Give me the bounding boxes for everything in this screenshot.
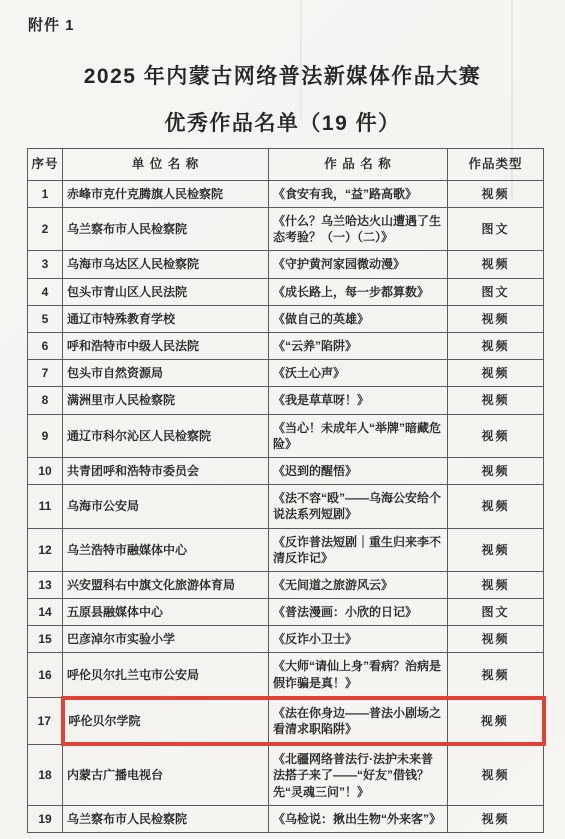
cell-work-title: 《无间道之旅游风云》 [269,571,448,598]
cell-work-title: 《大师“请仙上身”看病？治病是假诈骗是真！》 [269,653,448,698]
cell-work-type: 视频 [448,333,544,360]
cell-work-type: 视频 [448,414,544,457]
table-row: 19 乌兰察布市人民检察院 《乌检说：揪出生物“外来客”》 视频 [28,805,544,832]
table-row: 18 内蒙古广播电视台 《北疆网络普法行·法护未来普法搭子来了——“好友”借钱？… [28,744,544,805]
cell-work-title: 《普法漫画：小欣的日记》 [269,599,448,626]
cell-work-title: 《乌检说：揪出生物“外来客”》 [269,805,448,832]
cell-work-title: 《食安有我，“益”路高歌》 [269,180,448,207]
table-row: 11 乌海市公安局 《法不容“殴”——乌海公安给个说法系列短剧》 视频 [28,485,544,528]
cell-index: 4 [28,278,63,305]
cell-index: 15 [28,626,63,653]
cell-unit-name: 呼伦贝尔学院 [63,698,269,744]
cell-unit-name: 兴安盟科右中旗文化旅游体育局 [63,571,269,598]
cell-index: 11 [28,485,63,528]
cell-index: 17 [28,698,63,744]
table-row: 7 包头市自然资源局 《沃土心声》 视频 [28,360,544,387]
cell-work-type: 图文 [448,208,544,251]
table-row: 3 乌海市乌达区人民检察院 《守护黄河家园微动漫》 视频 [28,251,544,278]
header-index: 序号 [28,149,63,181]
cell-unit-name: 乌海市乌达区人民检察院 [63,251,269,278]
header-work-type: 作品类型 [448,149,544,181]
cell-work-type: 视频 [448,180,544,207]
cell-index: 12 [28,528,63,571]
cell-unit-name: 包头市自然资源局 [63,360,269,387]
cell-unit-name: 乌兰察布市人民检察院 [63,208,269,251]
cell-unit-name: 呼和浩特市中级人民法院 [63,333,269,360]
table-row: 6 呼和浩特市中级人民法院 《“云养”陷阱》 视频 [28,333,544,360]
cell-index: 2 [28,208,63,251]
cell-unit-name: 乌兰浩特市融媒体中心 [63,528,269,571]
cell-work-title: 《迟到的醒悟》 [269,457,448,484]
cell-work-type: 图文 [448,278,544,305]
cell-work-type: 视频 [448,305,544,332]
document-title: 2025 年内蒙古网络普法新媒体作品大赛 [0,60,565,90]
table-row: 1 赤峰市克什克腾旗人民检察院 《食安有我，“益”路高歌》 视频 [28,180,544,207]
cell-index: 1 [28,180,63,207]
cell-unit-name: 赤峰市克什克腾旗人民检察院 [63,180,269,207]
cell-work-title: 《我是草草呀！》 [269,387,448,414]
cell-work-title: 《“云养”陷阱》 [269,333,448,360]
cell-work-type: 视频 [448,653,544,698]
cell-index: 14 [28,599,63,626]
cell-work-type: 视频 [448,528,544,571]
cell-unit-name: 五原县融媒体中心 [63,599,269,626]
cell-unit-name: 乌海市公安局 [63,485,269,528]
cell-work-title: 《成长路上，每一步都算数》 [269,278,448,305]
table-row: 8 满洲里市人民检察院 《我是草草呀！》 视频 [28,387,544,414]
table-row: 4 包头市青山区人民法院 《成长路上，每一步都算数》 图文 [28,278,544,305]
table-row: 16 呼伦贝尔扎兰屯市公安局 《大师“请仙上身”看病？治病是假诈骗是真！》 视频 [28,653,544,698]
awards-table: 序号 单 位 名 称 作 品 名 称 作品类型 1 赤峰市克什克腾旗人民检察院 … [27,148,546,833]
cell-work-title: 《反诈小卫士》 [269,626,448,653]
cell-work-title: 《北疆网络普法行·法护未来普法搭子来了——“好友”借钱？先“灵魂三问”！》 [269,744,448,805]
cell-unit-name: 通辽市特殊教育学校 [63,305,269,332]
scanned-document-page: 附件 1 2025 年内蒙古网络普法新媒体作品大赛 优秀作品名单（19 件） 序… [0,0,565,839]
cell-unit-name: 巴彦淖尔市实验小学 [63,626,269,653]
cell-unit-name: 满洲里市人民检察院 [63,387,269,414]
table-row: 2 乌兰察布市人民检察院 《什么？乌兰哈达火山遭遇了生态考验？（一）（二）》 图… [28,208,544,251]
cell-unit-name: 呼伦贝尔扎兰屯市公安局 [63,653,269,698]
cell-unit-name: 乌兰察布市人民检察院 [63,805,269,832]
cell-index: 7 [28,360,63,387]
cell-unit-name: 通辽市科尔沁区人民检察院 [63,414,269,457]
table-row: 12 乌兰浩特市融媒体中心 《反诈普法短剧｜重生归来李不清反诈记》 视频 [28,528,544,571]
cell-work-type: 视频 [448,698,544,744]
cell-index: 8 [28,387,63,414]
cell-work-title: 《反诈普法短剧｜重生归来李不清反诈记》 [269,528,448,571]
header-unit-name: 单 位 名 称 [63,149,269,181]
cell-index: 16 [28,653,63,698]
cell-work-type: 视频 [448,485,544,528]
cell-work-title: 《什么？乌兰哈达火山遭遇了生态考验？（一）（二）》 [269,208,448,251]
cell-work-title: 《沃土心声》 [269,360,448,387]
cell-work-type: 视频 [448,571,544,598]
table-row: 5 通辽市特殊教育学校 《做自己的英雄》 视频 [28,305,544,332]
cell-work-title: 《守护黄河家园微动漫》 [269,251,448,278]
cell-work-type: 视频 [448,805,544,832]
table-row: 14 五原县融媒体中心 《普法漫画：小欣的日记》 图文 [28,599,544,626]
cell-work-type: 视频 [448,360,544,387]
cell-work-type: 视频 [448,626,544,653]
cell-work-type: 视频 [448,744,544,805]
document-subtitle: 优秀作品名单（19 件） [0,107,565,137]
attachment-label: 附件 1 [28,14,75,35]
cell-index: 5 [28,305,63,332]
cell-work-type: 图文 [448,599,544,626]
table-header-row: 序号 单 位 名 称 作 品 名 称 作品类型 [28,149,544,181]
cell-work-title: 《法不容“殴”——乌海公安给个说法系列短剧》 [269,485,448,528]
cell-work-title: 《做自己的英雄》 [269,305,448,332]
table-row: 10 共青团呼和浩特市委员会 《迟到的醒悟》 视频 [28,457,544,484]
header-work-title: 作 品 名 称 [269,149,448,181]
cell-unit-name: 包头市青山区人民法院 [63,278,269,305]
cell-unit-name: 内蒙古广播电视台 [63,744,269,805]
cell-index: 19 [28,805,63,832]
cell-index: 13 [28,571,63,598]
cell-work-title: 《当心！未成年人“举牌”暗藏危险》 [269,414,448,457]
cell-work-title: 《法在你身边——普法小剧场之看清求职陷阱》 [269,698,448,744]
cell-index: 10 [28,457,63,484]
cell-work-type: 视频 [448,387,544,414]
cell-index: 3 [28,251,63,278]
table-row: 15 巴彦淖尔市实验小学 《反诈小卫士》 视频 [28,626,544,653]
table-row: 13 兴安盟科右中旗文化旅游体育局 《无间道之旅游风云》 视频 [28,571,544,598]
cell-index: 6 [28,333,63,360]
cell-index: 18 [28,744,63,805]
table-row: 9 通辽市科尔沁区人民检察院 《当心！未成年人“举牌”暗藏危险》 视频 [28,414,544,457]
cell-index: 9 [28,414,63,457]
cell-work-type: 视频 [448,251,544,278]
cell-work-type: 视频 [448,457,544,484]
cell-unit-name: 共青团呼和浩特市委员会 [63,457,269,484]
table-row-highlighted: 17 呼伦贝尔学院 《法在你身边——普法小剧场之看清求职陷阱》 视频 [28,698,544,744]
